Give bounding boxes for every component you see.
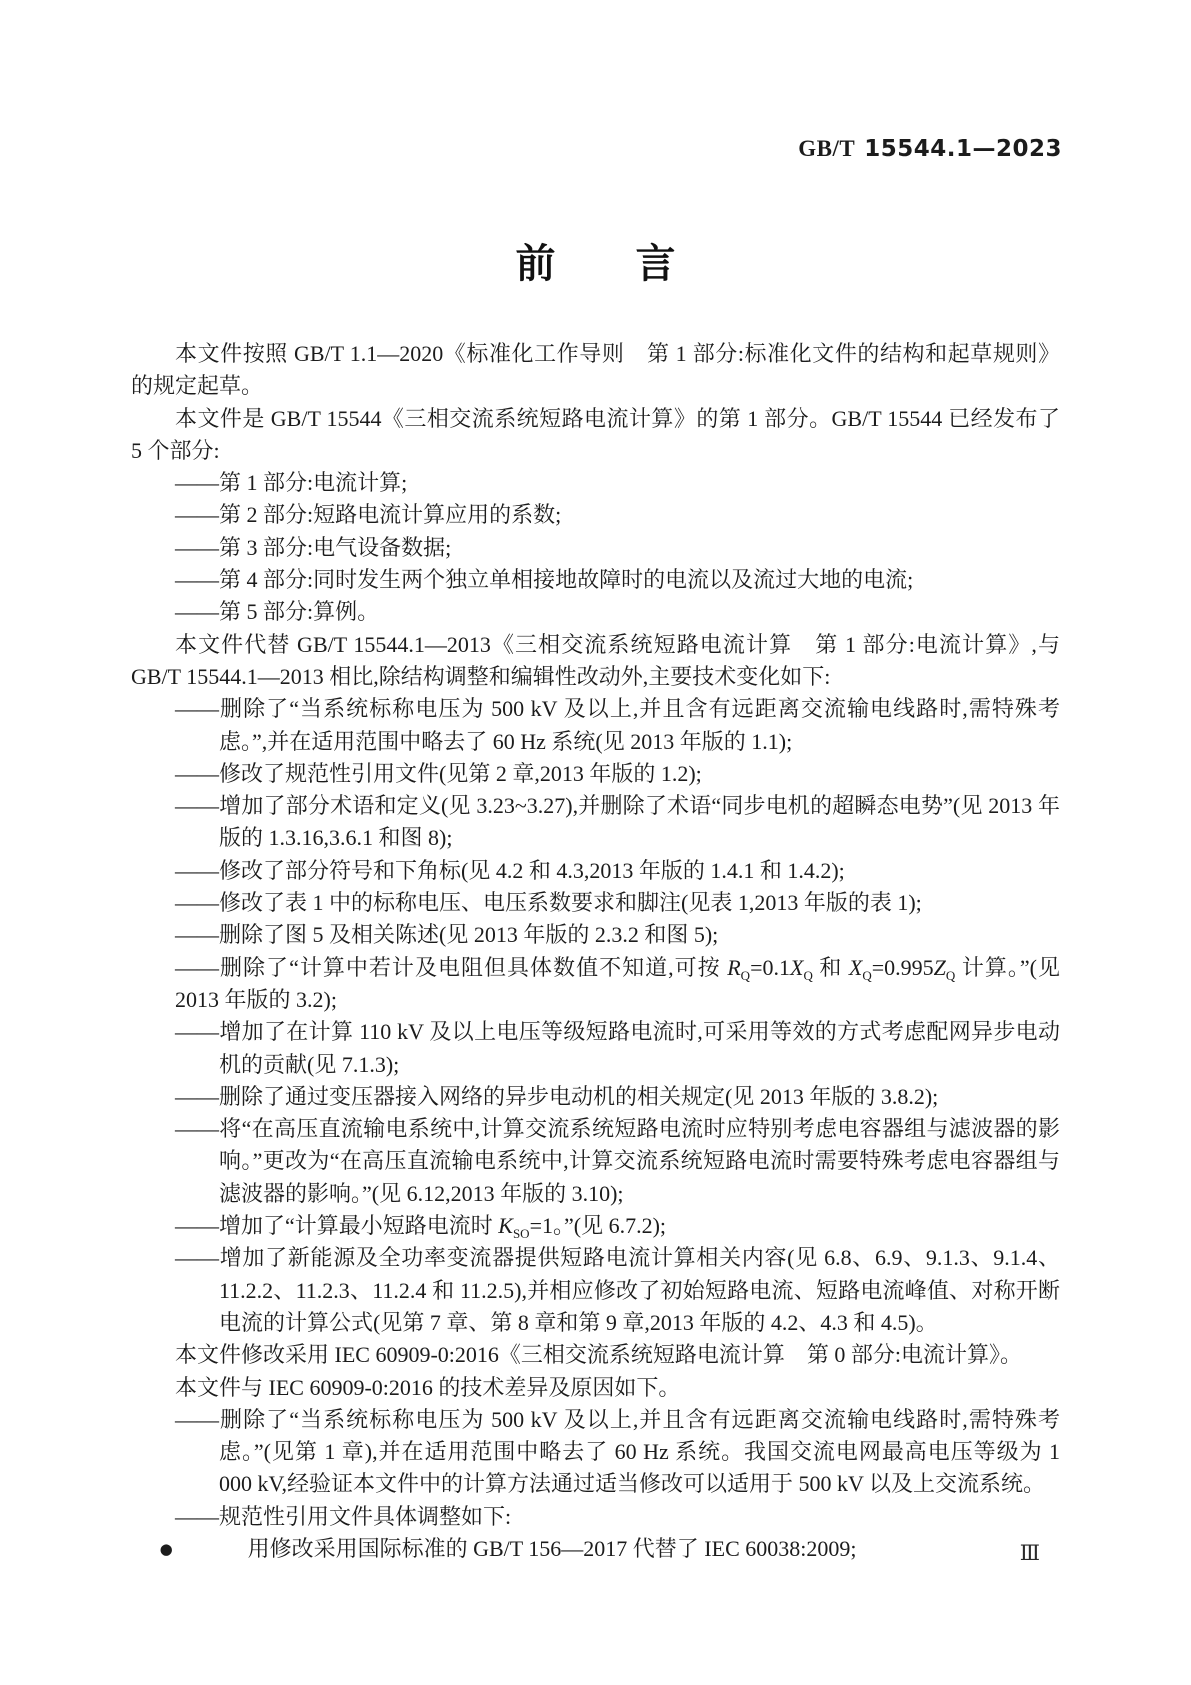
foreword-body: 本文件按照 GB/T 1.1—2020《标准化工作导则 第 1 部分:标准化文件… — [131, 338, 1060, 1565]
paragraph: 本文件代替 GB/T 15544.1—2013《三相交流系统短路电流计算 第 1… — [131, 629, 1060, 694]
dash-item: ——第 3 部分:电气设备数据; — [131, 532, 1060, 564]
math-variable: R — [727, 955, 740, 980]
bullet-icon: ● — [204, 1533, 248, 1565]
document-code-number: 15544.1—2023 — [864, 136, 1062, 162]
document-page: GB/T15544.1—2023 前 言 本文件按照 GB/T 1.1—2020… — [0, 0, 1191, 1685]
dash-item: ——增加了在计算 110 kV 及以上电压等级短路电流时,可采用等效的方式考虑配… — [131, 1016, 1060, 1081]
dash-item: ——删除了“当系统标称电压为 500 kV 及以上,并且含有远距离交流输电线路时… — [131, 1404, 1060, 1501]
dash-item: ——将“在高压直流输电系统中,计算交流系统短路电流时应特别考虑电容器组与滤波器的… — [131, 1113, 1060, 1210]
dash-item: ——删除了通过变压器接入网络的异步电动机的相关规定(见 2013 年版的 3.8… — [131, 1081, 1060, 1113]
dash-item: ——增加了新能源及全功率变流器提供短路电流计算相关内容(见 6.8、6.9、9.… — [131, 1242, 1060, 1339]
paragraph: 本文件是 GB/T 15544《三相交流系统短路电流计算》的第 1 部分。GB/… — [131, 403, 1060, 468]
dash-item: ——第 4 部分:同时发生两个独立单相接地故障时的电流以及流过大地的电流; — [131, 564, 1060, 596]
document-code: GB/T15544.1—2023 — [798, 136, 1062, 162]
math-variable: X — [849, 955, 862, 980]
dash-item: ——第 2 部分:短路电流计算应用的系数; — [131, 499, 1060, 531]
math-subscript: Q — [862, 968, 871, 983]
dash-item: ——增加了“计算最小短路电流时 KSO=1。”(见 6.7.2); — [131, 1210, 1060, 1242]
dash-item: ——规范性引用文件具体调整如下: — [131, 1501, 1060, 1533]
math-subscript: Q — [803, 968, 812, 983]
math-subscript: Q — [946, 968, 955, 983]
dash-item: ——修改了部分符号和下角标(见 4.2 和 4.3,2013 年版的 1.4.1… — [131, 855, 1060, 887]
dash-item: ——增加了部分术语和定义(见 3.23~3.27),并删除了术语“同步电机的超瞬… — [131, 790, 1060, 855]
math-variable: X — [790, 955, 803, 980]
dash-item: ——第 5 部分:算例。 — [131, 596, 1060, 628]
dash-item: ——修改了表 1 中的标称电压、电压系数要求和脚注(见表 1,2013 年版的表… — [131, 887, 1060, 919]
dash-item: ——删除了图 5 及相关陈述(见 2013 年版的 2.3.2 和图 5); — [131, 919, 1060, 951]
math-subscript: Q — [741, 968, 750, 983]
paragraph: 本文件修改采用 IEC 60909-0:2016《三相交流系统短路电流计算 第 … — [131, 1339, 1060, 1371]
paragraph: 本文件按照 GB/T 1.1—2020《标准化工作导则 第 1 部分:标准化文件… — [131, 338, 1060, 403]
dash-item: ——删除了“当系统标称电压为 500 kV 及以上,并且含有远距离交流输电线路时… — [131, 693, 1060, 758]
document-code-prefix: GB/T — [798, 136, 855, 161]
math-variable: K — [498, 1213, 513, 1238]
dash-item: ——删除了“计算中若计及电阻但具体数值不知道,可按 RQ=0.1XQ 和 XQ=… — [131, 952, 1060, 1017]
paragraph: 本文件与 IEC 60909-0:2016 的技术差异及原因如下。 — [131, 1372, 1060, 1404]
dash-item: ——修改了规范性引用文件(见第 2 章,2013 年版的 1.2); — [131, 758, 1060, 790]
page-number: Ⅲ — [1020, 1541, 1040, 1565]
bullet-item: ●用修改采用国际标准的 GB/T 156—2017 代替了 IEC 60038:… — [131, 1533, 1060, 1565]
dash-item: ——第 1 部分:电流计算; — [131, 467, 1060, 499]
math-variable: Z — [934, 955, 946, 980]
math-subscript: SO — [513, 1226, 530, 1241]
page-title: 前 言 — [0, 232, 1191, 289]
